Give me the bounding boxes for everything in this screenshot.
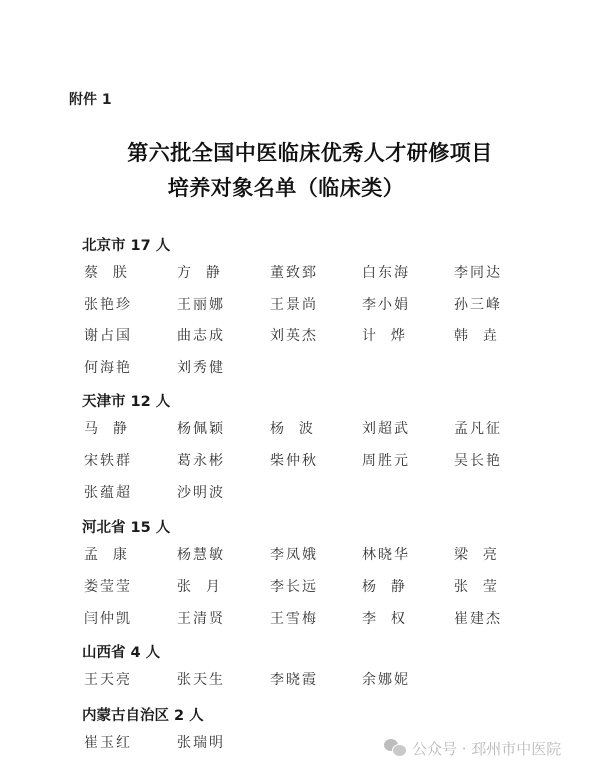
name-entry: 李 权 xyxy=(362,608,407,628)
wechat-icon xyxy=(384,738,406,758)
name-entry: 张天生 xyxy=(177,669,225,689)
section-heading-tianjin: 天津市 12 人 xyxy=(82,390,170,411)
name-entry: 张艳珍 xyxy=(84,294,132,314)
name-entry: 孟 康 xyxy=(84,544,129,564)
document-title-line1: 第六批全国中医临床优秀人才研修项目 xyxy=(10,137,600,167)
name-entry: 李小娟 xyxy=(362,294,410,314)
document-title-line2: 培养对象名单（临床类） xyxy=(0,172,586,202)
name-entry: 孙三峰 xyxy=(454,294,502,314)
name-entry: 王清贤 xyxy=(177,608,225,628)
name-entry: 王景尚 xyxy=(270,294,318,314)
name-entry: 林晓华 xyxy=(362,544,410,564)
section-heading-shanxi: 山西省 4 人 xyxy=(82,641,160,662)
name-entry: 张瑞明 xyxy=(177,732,225,752)
section-heading-beijing: 北京市 17 人 xyxy=(82,234,170,255)
name-entry: 董致郅 xyxy=(270,262,318,282)
watermark-text: 公众号 · 邳州市中医院 xyxy=(412,738,561,759)
name-entry: 白东海 xyxy=(362,262,410,282)
name-entry: 杨慧敏 xyxy=(177,544,225,564)
name-entry: 蔡 朕 xyxy=(84,262,129,282)
name-entry: 杨 波 xyxy=(270,418,315,438)
name-entry: 张 月 xyxy=(177,576,222,596)
name-entry: 闫仲凯 xyxy=(84,608,132,628)
name-entry: 柴仲秋 xyxy=(270,450,318,470)
name-entry: 宋轶群 xyxy=(84,450,132,470)
name-entry: 李长远 xyxy=(270,576,318,596)
name-entry: 葛永彬 xyxy=(177,450,225,470)
name-entry: 娄莹莹 xyxy=(84,576,132,596)
name-entry: 计 烨 xyxy=(362,325,407,345)
name-entry: 吴长艳 xyxy=(454,450,502,470)
name-entry: 何海艳 xyxy=(84,357,132,377)
name-entry: 王丽娜 xyxy=(177,294,225,314)
name-entry: 张 莹 xyxy=(454,576,499,596)
name-entry: 杨佩颖 xyxy=(177,418,225,438)
name-entry: 周胜元 xyxy=(362,450,410,470)
name-entry: 王天亮 xyxy=(84,669,132,689)
name-entry: 沙明波 xyxy=(177,482,225,502)
name-entry: 杨 静 xyxy=(362,576,407,596)
name-entry: 曲志成 xyxy=(177,325,225,345)
name-entry: 刘秀健 xyxy=(177,357,225,377)
name-entry: 王雪梅 xyxy=(270,608,318,628)
name-entry: 韩 垚 xyxy=(454,325,499,345)
name-entry: 李同达 xyxy=(454,262,502,282)
name-entry: 张蕴超 xyxy=(84,482,132,502)
name-entry: 余娜妮 xyxy=(362,669,410,689)
name-entry: 刘超武 xyxy=(362,418,410,438)
name-entry: 崔建杰 xyxy=(454,608,502,628)
name-entry: 李凤娥 xyxy=(270,544,318,564)
name-entry: 孟凡征 xyxy=(454,418,502,438)
watermark: 公众号 · 邳州市中医院 xyxy=(384,737,561,759)
section-heading-hebei: 河北省 15 人 xyxy=(82,516,170,537)
name-entry: 李晓霞 xyxy=(270,669,318,689)
name-entry: 马 静 xyxy=(84,418,129,438)
name-entry: 方 静 xyxy=(177,262,222,282)
name-entry: 崔玉红 xyxy=(84,732,132,752)
attachment-label: 附件 1 xyxy=(69,89,112,109)
name-entry: 刘英杰 xyxy=(270,325,318,345)
section-heading-inner-mongolia: 内蒙古自治区 2 人 xyxy=(82,704,204,725)
name-entry: 梁 亮 xyxy=(454,544,499,564)
name-entry: 谢占国 xyxy=(84,325,132,345)
